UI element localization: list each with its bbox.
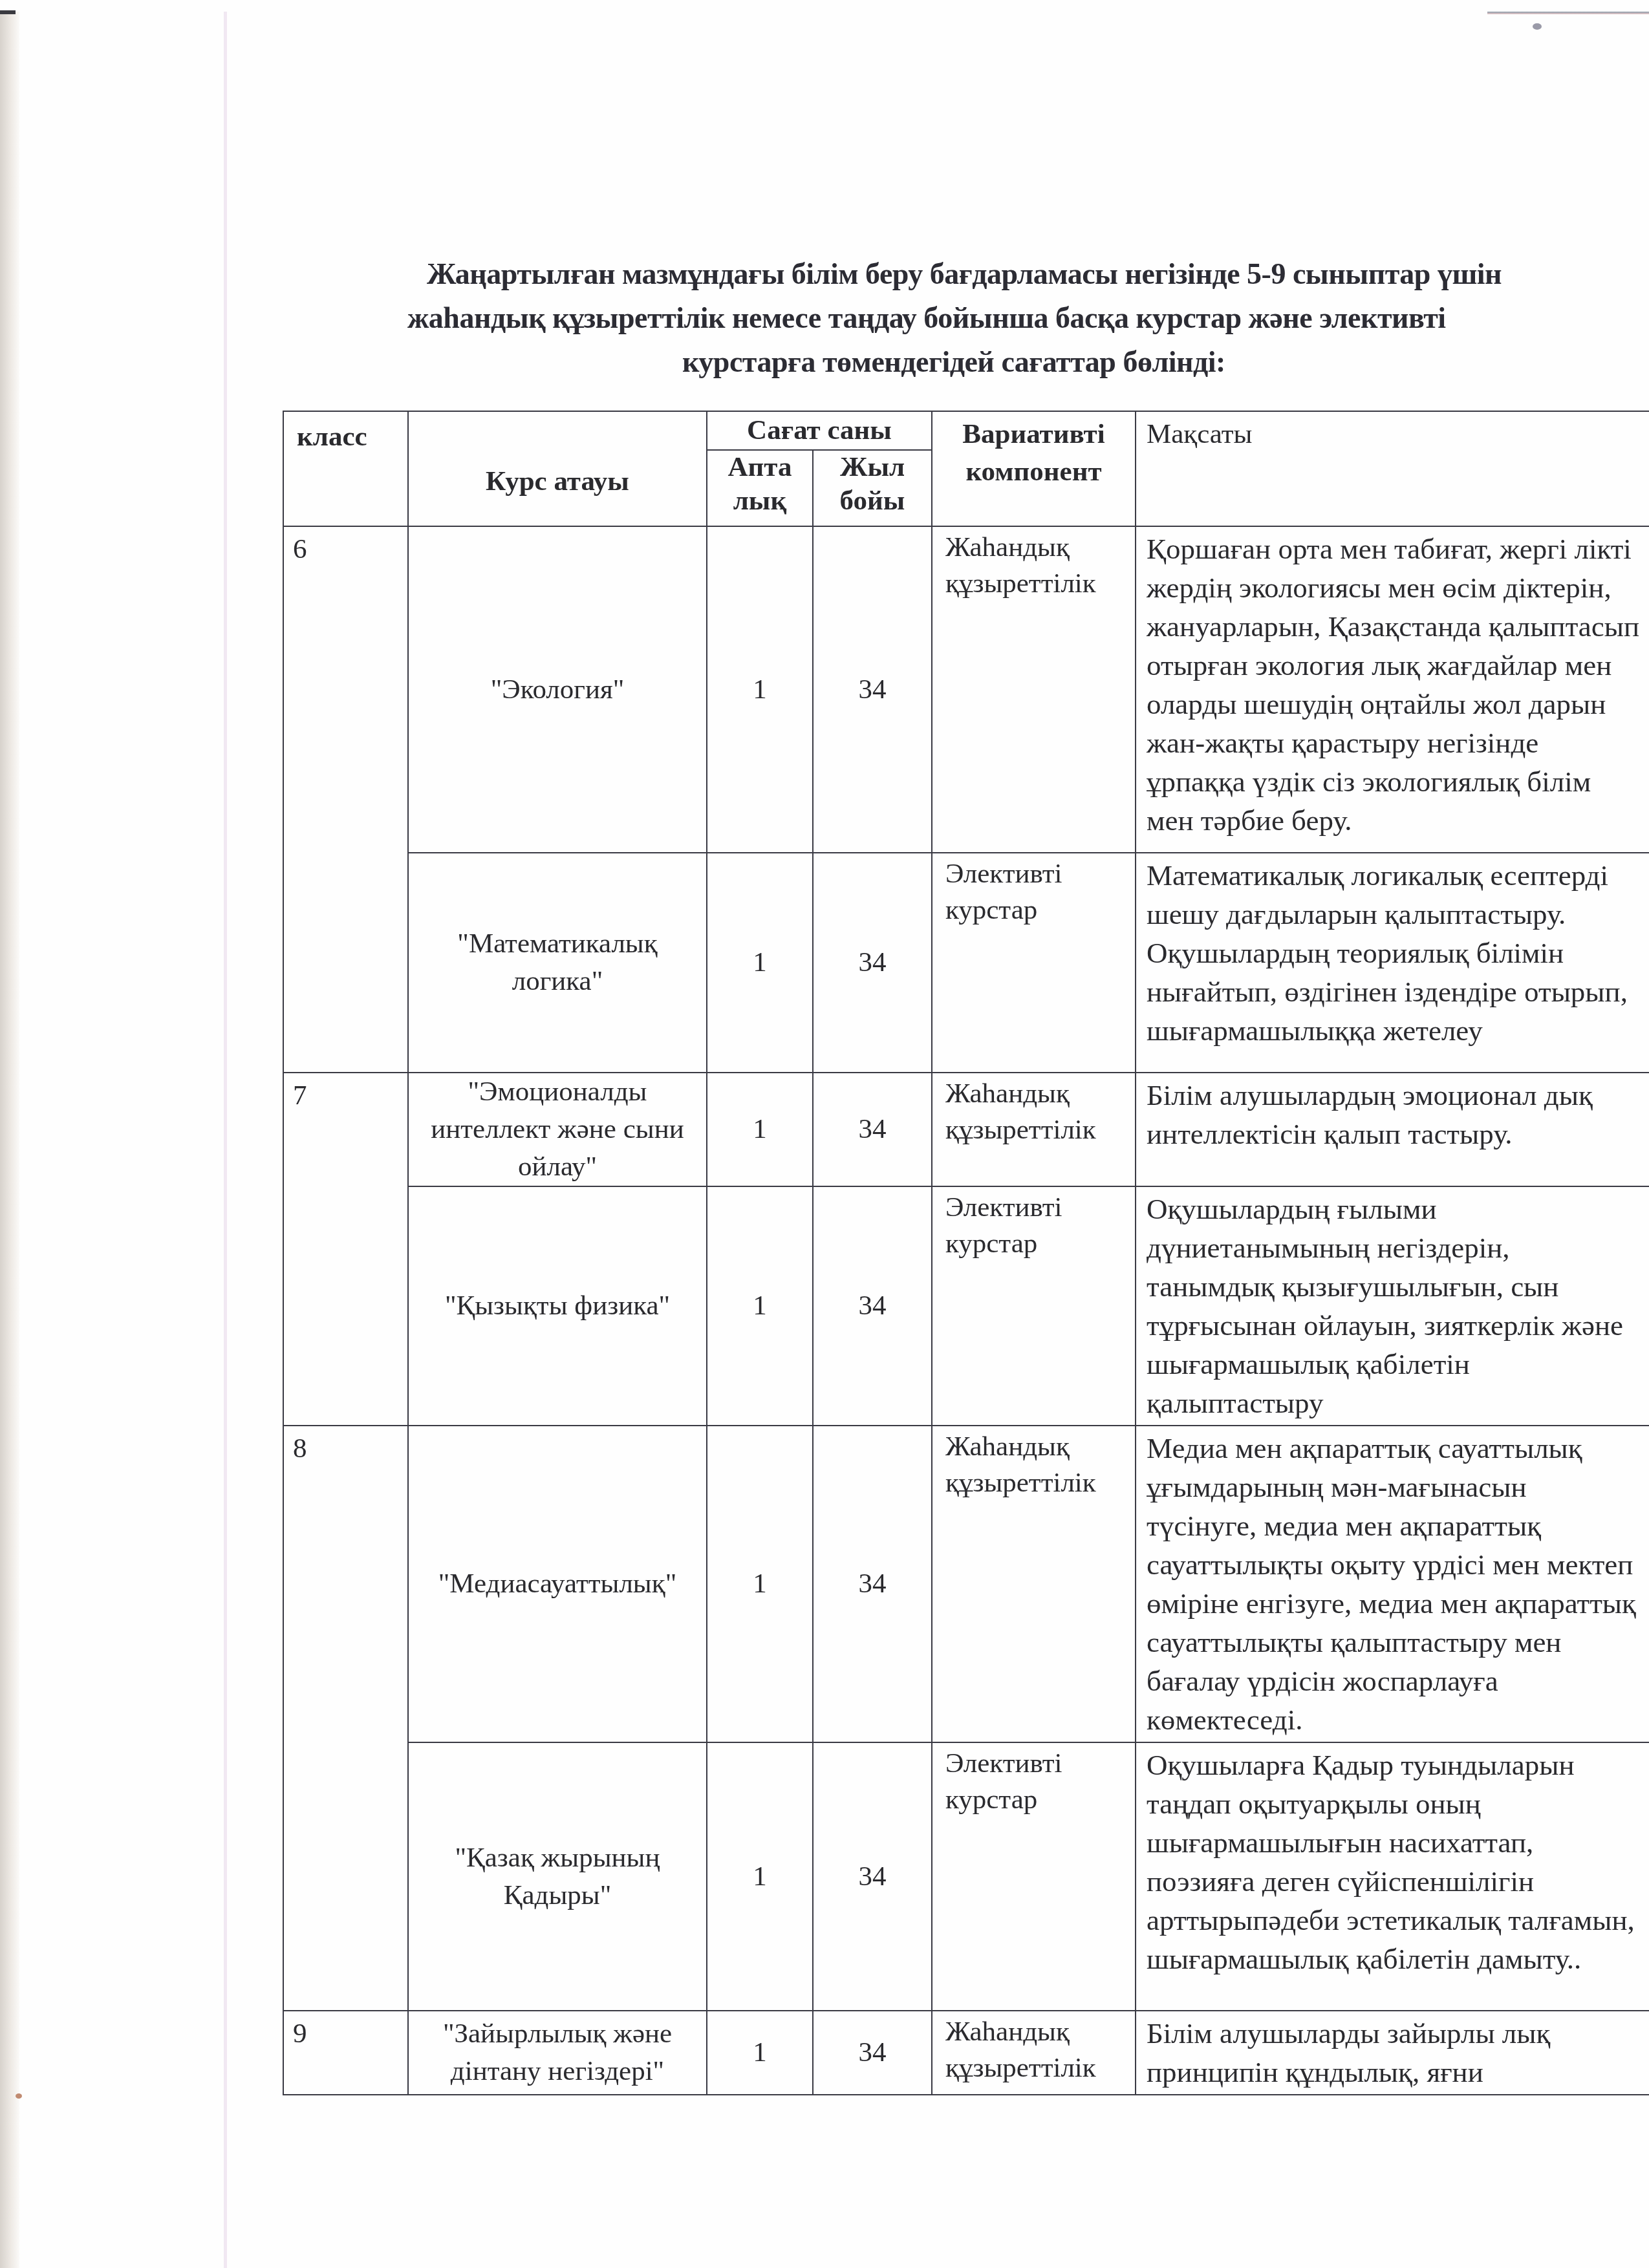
course-name: "Эмоционалды интеллект және сыни ойлау" (408, 1073, 707, 1186)
course-goal: Оқушылардың ғылыми дүниетанымының негізд… (1136, 1186, 1649, 1426)
title-line-2: жаһандық құзыреттілік немесе таңдау бойы… (407, 296, 1446, 340)
class-number: 8 (283, 1426, 408, 2011)
table-row: 8 "Медиасауаттылық" 1 34 Жаһандық құзыре… (283, 1426, 1649, 1742)
course-name: "Экология" (408, 526, 707, 853)
course-goal: Математикалық логикалық есептерді шешу д… (1136, 853, 1649, 1073)
header-variative-component: Вариативті компонент (932, 411, 1136, 526)
table-row: 7 "Эмоционалды интеллект және сыни ойлау… (283, 1073, 1649, 1186)
header-weekly: Апта лық (707, 450, 813, 526)
weekly-hours: 1 (707, 1073, 813, 1186)
header-goal: Мақсаты (1136, 411, 1649, 526)
component-type: Жаһандық құзыреттілік (932, 2011, 1136, 2095)
component-type: Жаһандық құзыреттілік (932, 1073, 1136, 1186)
weekly-hours: 1 (707, 1186, 813, 1426)
course-goal: Білім алушыларды зайырлы лық принципін қ… (1136, 2011, 1649, 2095)
course-goal: Білім алушылардың эмоционал дық интеллек… (1136, 1073, 1649, 1186)
table-row: 6 "Экология" 1 34 Жаһандық құзыреттілік … (283, 526, 1649, 853)
yearly-hours: 34 (813, 1186, 932, 1426)
course-name: "Математикалық логика" (408, 853, 707, 1073)
component-type: Жаһандық құзыреттілік (932, 1426, 1136, 1742)
component-type: Элективті курстар (932, 1186, 1136, 1426)
table-row: "Математикалық логика" 1 34 Элективті ку… (283, 853, 1649, 1073)
course-goal: Қоршаған орта мен табиғат, жергі лікті ж… (1136, 526, 1649, 853)
weekly-hours: 1 (707, 853, 813, 1073)
header-course-name: Курс атауы (408, 411, 707, 526)
yearly-hours: 34 (813, 1426, 932, 1742)
scan-speck (16, 2093, 22, 2099)
scan-left-edge-shadow (0, 12, 19, 2268)
course-name: "Зайырлылық және дінтану негіздері" (408, 2011, 707, 2095)
table-row: "Қызықты физика" 1 34 Элективті курстар … (283, 1186, 1649, 1426)
weekly-hours: 1 (707, 1426, 813, 1742)
scan-fold-line (224, 12, 227, 2268)
course-name: "Қазақ жырының Қадыры" (408, 1742, 707, 2011)
component-type: Элективті курстар (932, 1742, 1136, 2011)
courses-hours-table: класс Курс атауы Сағат саны Вариативті к… (283, 411, 1649, 2095)
yearly-hours: 34 (813, 1073, 932, 1186)
scan-top-edge (1487, 12, 1649, 14)
scan-speck (1533, 23, 1542, 30)
course-name: "Қызықты физика" (408, 1186, 707, 1426)
weekly-hours: 1 (707, 526, 813, 853)
component-type: Жаһандық құзыреттілік (932, 526, 1136, 853)
title-line-3: курстарға төмендегідей сағаттар бөлінді: (682, 340, 1225, 384)
yearly-hours: 34 (813, 526, 932, 853)
class-number: 7 (283, 1073, 408, 1426)
course-name: "Медиасауаттылық" (408, 1426, 707, 1742)
scan-corner-mark (0, 10, 16, 14)
yearly-hours: 34 (813, 2011, 932, 2095)
yearly-hours: 34 (813, 1742, 932, 2011)
class-number: 9 (283, 2011, 408, 2095)
table-row: "Қазақ жырының Қадыры" 1 34 Элективті ку… (283, 1742, 1649, 2011)
component-type: Элективті курстар (932, 853, 1136, 1073)
title-line-1: Жаңартылған мазмұндағы білім беру бағдар… (427, 252, 1502, 296)
header-hours-count: Сағат саны (707, 411, 932, 450)
course-goal: Оқушыларға Қадыр туындыларын таңдап оқыт… (1136, 1742, 1649, 2011)
weekly-hours: 1 (707, 1742, 813, 2011)
weekly-hours: 1 (707, 2011, 813, 2095)
header-class: класс (283, 411, 408, 526)
course-goal: Медиа мен ақпараттық сауаттылық ұғымдары… (1136, 1426, 1649, 1742)
yearly-hours: 34 (813, 853, 932, 1073)
class-number: 6 (283, 526, 408, 1073)
table-row: 9 "Зайырлылық және дінтану негіздері" 1 … (283, 2011, 1649, 2095)
header-yearly: Жыл бойы (813, 450, 932, 526)
